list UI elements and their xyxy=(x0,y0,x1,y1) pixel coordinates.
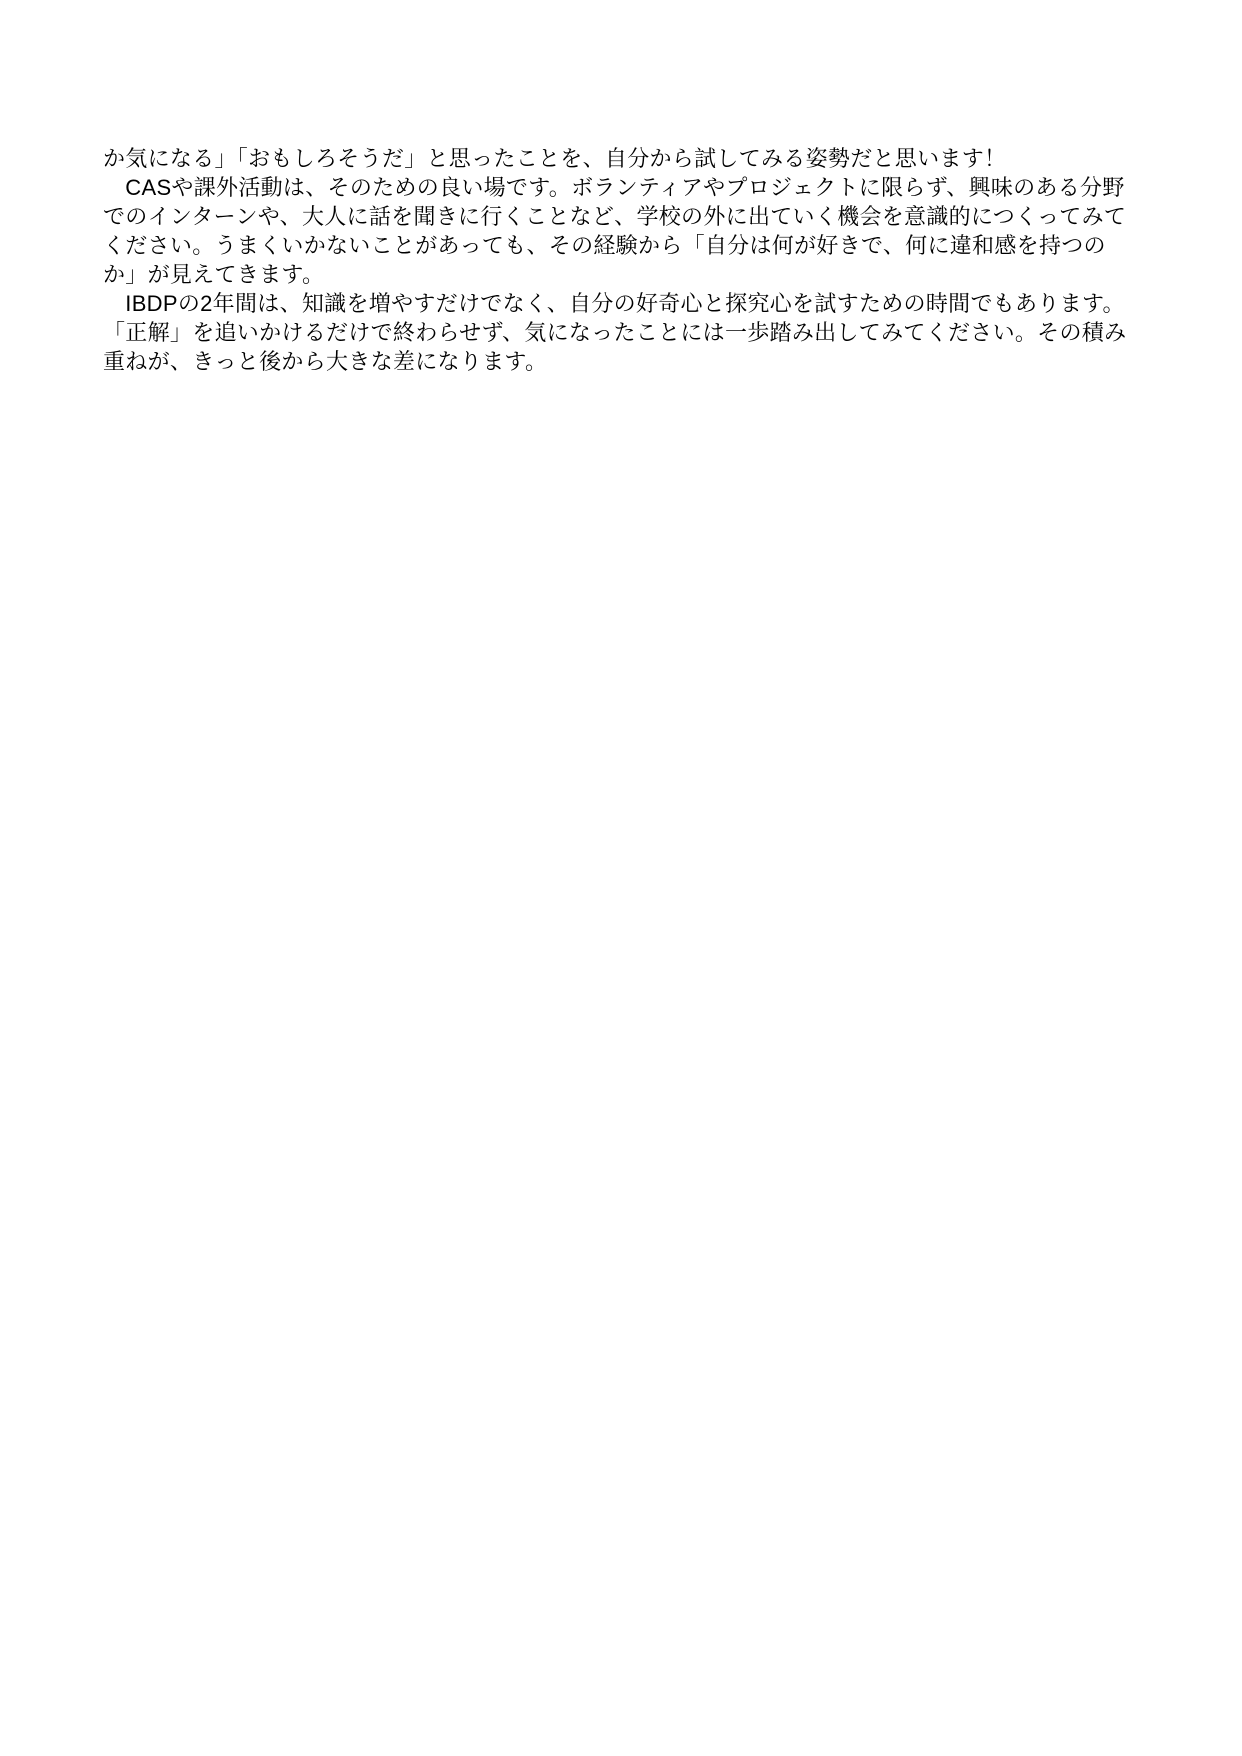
text-line: でのインターンや、大人に話を聞きに行くことなど、学校の外に出ていく機会を意識的に… xyxy=(103,202,1149,231)
document-page: か気になる」「おもしろそうだ」と思ったことを、自分から試してみる姿勢だと思います… xyxy=(0,0,1242,1756)
paragraph-2: CASや課外活動は、そのための良い場です。ボランティアやプロジェクトに限らず、興… xyxy=(103,173,1149,289)
document-text-block: か気になる」「おもしろそうだ」と思ったことを、自分から試してみる姿勢だと思います… xyxy=(103,144,1149,376)
text-line: ください。うまくいかないことがあっても、その経験から「自分は何が好きで、何に違和… xyxy=(103,231,1149,260)
text-line: か」が見えてきます。 xyxy=(103,260,1149,289)
text-line: か気になる」「おもしろそうだ」と思ったことを、自分から試してみる姿勢だと思います… xyxy=(103,144,1149,173)
text-line: 重ねが、きっと後から大きな差になります。 xyxy=(103,347,1149,376)
text-line: CASや課外活動は、そのための良い場です。ボランティアやプロジェクトに限らず、興… xyxy=(103,173,1149,202)
paragraph-3: IBDPの2年間は、知識を増やすだけでなく、自分の好奇心と探究心を試すための時間… xyxy=(103,289,1149,376)
paragraph-1: か気になる」「おもしろそうだ」と思ったことを、自分から試してみる姿勢だと思います… xyxy=(103,144,1149,173)
text-line: 「正解」を追いかけるだけで終わらせず、気になったことには一歩踏み出してみてくださ… xyxy=(103,318,1149,347)
text-line: IBDPの2年間は、知識を増やすだけでなく、自分の好奇心と探究心を試すための時間… xyxy=(103,289,1149,318)
